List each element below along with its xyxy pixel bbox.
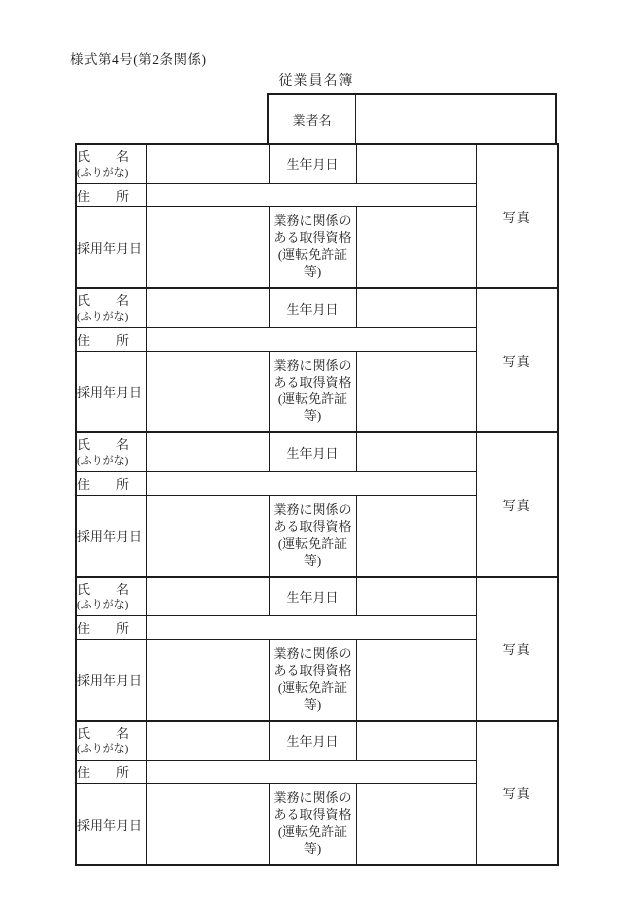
photo-box[interactable]: 写真 bbox=[476, 144, 558, 288]
employee-block: 氏 名 (ふりがな) 生年月日 写真 住 所 採用年月日 業務に関係の ある取得… bbox=[75, 287, 559, 433]
hiredate-label: 採用年月日 bbox=[76, 207, 146, 288]
qualification-field[interactable] bbox=[356, 351, 476, 432]
photo-box[interactable]: 写真 bbox=[476, 721, 558, 865]
name-label: 氏 名 bbox=[77, 725, 146, 743]
name-kana-label: (ふりがな) bbox=[77, 742, 146, 756]
birthdate-label: 生年月日 bbox=[269, 721, 356, 760]
employee-table: 氏 名 (ふりがな) 生年月日 写真 住 所 採用年月日 業務に関係の ある取得… bbox=[75, 143, 557, 866]
qualification-field[interactable] bbox=[356, 639, 476, 720]
name-label: 氏 名 bbox=[77, 292, 146, 310]
contractor-name-label: 業者名 bbox=[269, 95, 356, 143]
hiredate-field[interactable] bbox=[146, 351, 269, 432]
name-label-cell: 氏 名 (ふりがな) bbox=[76, 432, 146, 471]
photo-box[interactable]: 写真 bbox=[476, 577, 558, 721]
contractor-row: 業者名 bbox=[267, 93, 557, 145]
address-field[interactable] bbox=[146, 327, 476, 351]
birthdate-label: 生年月日 bbox=[269, 432, 356, 471]
qualification-label: 業務に関係の ある取得資格 (運転免許証等) bbox=[269, 784, 356, 865]
photo-box[interactable]: 写真 bbox=[476, 432, 558, 576]
hiredate-field[interactable] bbox=[146, 784, 269, 865]
name-field[interactable] bbox=[146, 721, 269, 760]
address-field[interactable] bbox=[146, 183, 476, 207]
hiredate-label: 採用年月日 bbox=[76, 495, 146, 576]
name-label-cell: 氏 名 (ふりがな) bbox=[76, 144, 146, 183]
name-field[interactable] bbox=[146, 577, 269, 616]
address-field[interactable] bbox=[146, 616, 476, 640]
employee-block: 氏 名 (ふりがな) 生年月日 写真 住 所 採用年月日 業務に関係の ある取得… bbox=[75, 576, 559, 722]
birthdate-field[interactable] bbox=[356, 144, 476, 183]
birthdate-field[interactable] bbox=[356, 577, 476, 616]
qualification-field[interactable] bbox=[356, 207, 476, 288]
name-kana-label: (ふりがな) bbox=[77, 310, 146, 324]
hiredate-field[interactable] bbox=[146, 639, 269, 720]
address-field[interactable] bbox=[146, 472, 476, 496]
name-kana-label: (ふりがな) bbox=[77, 454, 146, 468]
name-field[interactable] bbox=[146, 432, 269, 471]
employee-block: 氏 名 (ふりがな) 生年月日 写真 住 所 採用年月日 業務に関係の ある取得… bbox=[75, 143, 559, 289]
name-kana-label: (ふりがな) bbox=[77, 598, 146, 612]
hiredate-field[interactable] bbox=[146, 207, 269, 288]
employee-block: 氏 名 (ふりがな) 生年月日 写真 住 所 採用年月日 業務に関係の ある取得… bbox=[75, 431, 559, 577]
name-kana-label: (ふりがな) bbox=[77, 166, 146, 180]
birthdate-label: 生年月日 bbox=[269, 288, 356, 327]
birthdate-field[interactable] bbox=[356, 288, 476, 327]
contractor-name-field[interactable] bbox=[356, 95, 555, 143]
address-label: 住 所 bbox=[76, 472, 146, 496]
name-label-cell: 氏 名 (ふりがな) bbox=[76, 288, 146, 327]
form-number: 様式第4号(第2条関係) bbox=[70, 48, 207, 68]
page-title: 従業員名簿 bbox=[75, 70, 557, 90]
name-label-cell: 氏 名 (ふりがな) bbox=[76, 721, 146, 760]
document-page: 様式第4号(第2条関係) 従業員名簿 業者名 氏 名 (ふりがな) 生年月日 bbox=[0, 0, 630, 915]
qualification-field[interactable] bbox=[356, 784, 476, 865]
birthdate-field[interactable] bbox=[356, 432, 476, 471]
hiredate-field[interactable] bbox=[146, 495, 269, 576]
qualification-label: 業務に関係の ある取得資格 (運転免許証等) bbox=[269, 207, 356, 288]
name-label: 氏 名 bbox=[77, 148, 146, 166]
qualification-field[interactable] bbox=[356, 495, 476, 576]
qualification-label: 業務に関係の ある取得資格 (運転免許証等) bbox=[269, 495, 356, 576]
qualification-label: 業務に関係の ある取得資格 (運転免許証等) bbox=[269, 351, 356, 432]
address-label: 住 所 bbox=[76, 616, 146, 640]
address-label: 住 所 bbox=[76, 760, 146, 784]
name-label: 氏 名 bbox=[77, 581, 146, 599]
birthdate-label: 生年月日 bbox=[269, 577, 356, 616]
employee-block: 氏 名 (ふりがな) 生年月日 写真 住 所 採用年月日 業務に関係の ある取得… bbox=[75, 720, 559, 866]
photo-box[interactable]: 写真 bbox=[476, 288, 558, 432]
name-field[interactable] bbox=[146, 288, 269, 327]
birthdate-field[interactable] bbox=[356, 721, 476, 760]
name-label-cell: 氏 名 (ふりがな) bbox=[76, 577, 146, 616]
name-label: 氏 名 bbox=[77, 436, 146, 454]
address-label: 住 所 bbox=[76, 183, 146, 207]
address-field[interactable] bbox=[146, 760, 476, 784]
qualification-label: 業務に関係の ある取得資格 (運転免許証等) bbox=[269, 639, 356, 720]
birthdate-label: 生年月日 bbox=[269, 144, 356, 183]
address-label: 住 所 bbox=[76, 327, 146, 351]
hiredate-label: 採用年月日 bbox=[76, 639, 146, 720]
name-field[interactable] bbox=[146, 144, 269, 183]
hiredate-label: 採用年月日 bbox=[76, 351, 146, 432]
hiredate-label: 採用年月日 bbox=[76, 784, 146, 865]
